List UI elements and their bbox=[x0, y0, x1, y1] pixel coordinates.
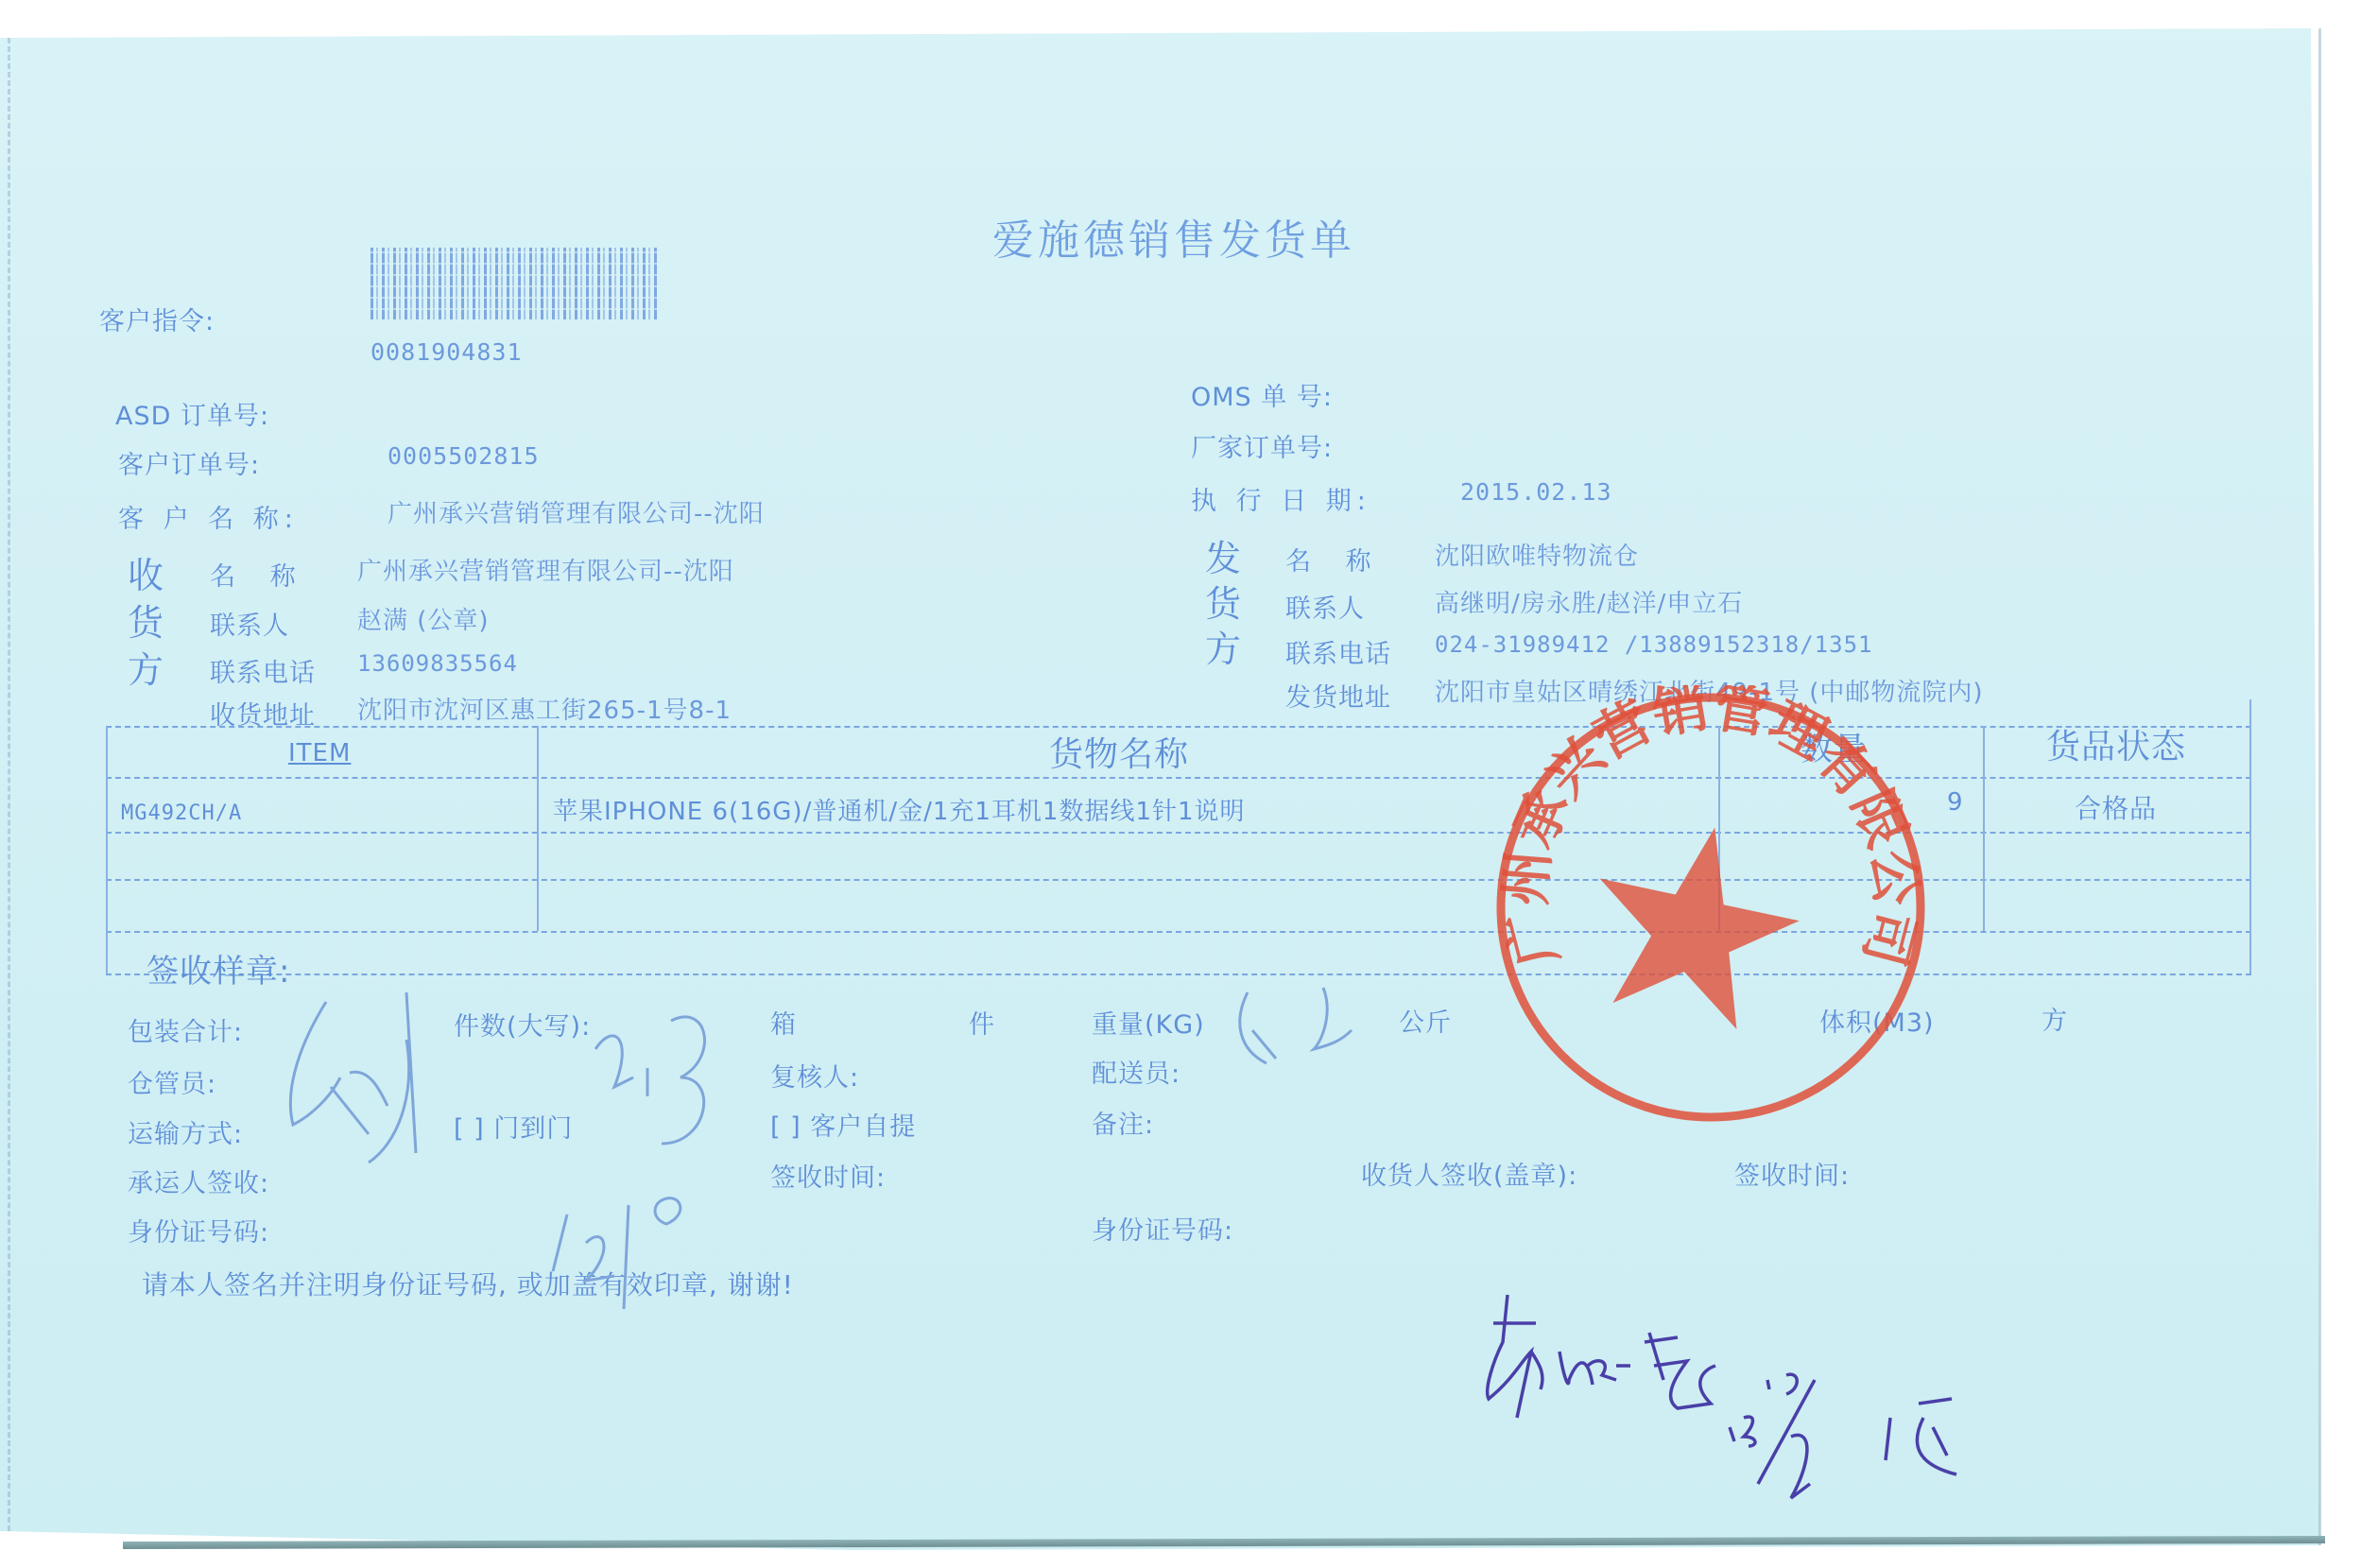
table-header-goods-name: 货物名称 bbox=[1049, 728, 1189, 776]
customer-name-label: 客 户 名 称: bbox=[118, 498, 299, 535]
factory-order-label: 厂家订单号: bbox=[1191, 427, 1333, 464]
id-number-label-left: 身份证号码: bbox=[128, 1212, 269, 1249]
oms-number-label: OMS 单 号: bbox=[1191, 376, 1333, 413]
table-header-status: 货品状态 bbox=[2046, 720, 2186, 768]
consignee-phone-label: 联系电话 bbox=[210, 652, 316, 689]
id-number-label-right: 身份证号码: bbox=[1092, 1210, 1233, 1247]
delivery-person-label: 配送员: bbox=[1092, 1053, 1180, 1090]
self-pickup-checkbox[interactable]: [ ] 客户自提 bbox=[770, 1106, 916, 1143]
consignee-side-char-1: 收 bbox=[128, 546, 164, 598]
customer-instruction-label: 客户指令: bbox=[99, 301, 215, 337]
consignee-sign-label: 收货人签收(盖章): bbox=[1361, 1155, 1577, 1192]
consignee-phone-value: 13609835564 bbox=[357, 650, 518, 677]
perforation-edge bbox=[0, 38, 10, 1531]
handwritten-id-note bbox=[548, 1186, 737, 1318]
box-label: 箱 bbox=[770, 1004, 797, 1041]
row-item-code: MG492CH/A bbox=[121, 801, 242, 825]
consignee-side-char-3: 方 bbox=[128, 641, 164, 693]
package-total-label: 包装合计: bbox=[128, 1011, 243, 1048]
customer-order-label: 客户订单号: bbox=[118, 444, 260, 481]
handwritten-warehouse-signature bbox=[274, 983, 766, 1172]
shipper-name-label: 名 称 bbox=[1285, 541, 1385, 577]
shipper-contact-label: 联系人 bbox=[1285, 588, 1365, 625]
handwritten-receiver-signature bbox=[1474, 1276, 2212, 1512]
customer-name-value: 广州承兴营销管理有限公司--沈阳 bbox=[388, 494, 765, 529]
execution-date-label: 执 行 日 期: bbox=[1191, 480, 1371, 517]
table-header-item: ITEM bbox=[288, 739, 351, 767]
row-goods-name: 苹果IPHONE 6(16G)/普通机/金/1充1耳机1数据线1针1说明 bbox=[553, 792, 1246, 827]
table-border bbox=[106, 726, 108, 974]
table-column-divider bbox=[537, 726, 539, 931]
shipper-side-char-3: 方 bbox=[1205, 620, 1242, 672]
asd-order-label: ASD 订单号: bbox=[115, 395, 269, 432]
shipper-side-char-1: 发 bbox=[1205, 529, 1242, 581]
paper-fold-line bbox=[2318, 28, 2321, 1545]
shipper-contact-value: 高继明/房永胜/赵洋/申立石 bbox=[1435, 584, 1743, 619]
consignee-name-value: 广州承兴营销管理有限公司--沈阳 bbox=[357, 552, 734, 587]
customer-order-value: 0005502815 bbox=[388, 442, 540, 470]
piece-label: 件 bbox=[969, 1004, 995, 1041]
carrier-sign-label: 承运人签收: bbox=[128, 1163, 269, 1199]
table-border bbox=[2249, 699, 2251, 974]
shipper-side-char-2: 货 bbox=[1205, 575, 1242, 627]
shipper-phone-label: 联系电话 bbox=[1285, 633, 1391, 670]
customer-instruction-value: 0081904831 bbox=[370, 338, 523, 366]
handwritten-weight bbox=[1229, 974, 1380, 1077]
shipper-phone-value: 024-31989412 /13889152318/1351 bbox=[1435, 631, 1872, 658]
consignee-address-value: 沈阳市沈河区惠工街265-1号8-1 bbox=[357, 691, 732, 726]
row-status: 合格品 bbox=[2075, 788, 2157, 826]
remarks-label: 备注: bbox=[1092, 1104, 1154, 1141]
sign-time-label: 签收时间: bbox=[770, 1157, 886, 1194]
company-seal-stamp: 广州承兴营销管理有限公司 bbox=[1489, 685, 1933, 1129]
weight-unit: 公斤 bbox=[1399, 1002, 1452, 1039]
signature-sample-label: 签收样章: bbox=[146, 945, 290, 991]
row-quantity: 9 bbox=[1947, 788, 1964, 817]
table-column-divider bbox=[1983, 726, 1985, 931]
barcode bbox=[370, 248, 659, 319]
consignee-contact-label: 联系人 bbox=[210, 605, 289, 642]
consignee-sign-time-label: 签收时间: bbox=[1734, 1155, 1850, 1192]
document-title: 爱施德销售发货单 bbox=[992, 206, 1355, 267]
volume-unit: 方 bbox=[2042, 1000, 2068, 1037]
shipper-name-value: 沈阳欧唯特物流仓 bbox=[1435, 537, 1639, 572]
reviewer-label: 复核人: bbox=[770, 1057, 859, 1094]
weight-label: 重量(KG) bbox=[1092, 1004, 1205, 1041]
transport-mode-label: 运输方式: bbox=[128, 1113, 243, 1150]
consignee-name-label: 名 称 bbox=[210, 556, 309, 593]
execution-date-value: 2015.02.13 bbox=[1460, 478, 1612, 506]
shipper-address-label: 发货地址 bbox=[1285, 677, 1391, 714]
warehouse-keeper-label: 仓管员: bbox=[128, 1063, 216, 1100]
consignee-contact-value: 赵满 (公章) bbox=[357, 601, 490, 636]
consignee-side-char-2: 货 bbox=[128, 594, 164, 646]
